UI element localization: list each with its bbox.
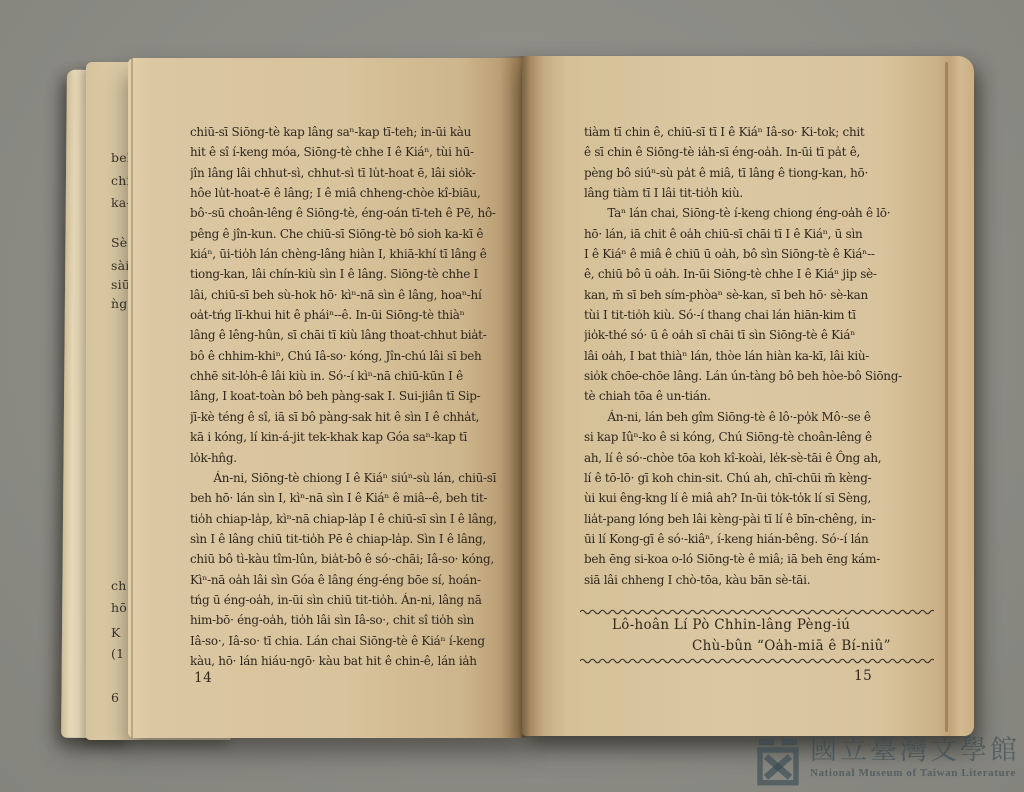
nmtl-seal-icon — [756, 738, 800, 786]
left-page-text: chiū-sī Siōng-tè kap lâng saⁿ-kap tī-teh… — [190, 122, 520, 671]
text-line: kā i kóng, lí kin-á-jit tek-khak kap Góa… — [190, 427, 520, 447]
text-line: bô ê chhim-khiⁿ, Chú Iâ-so· kóng, Jîn-ch… — [190, 346, 520, 366]
watermark-title-zh: 國立臺灣文學館 — [810, 736, 1020, 766]
text-line: si kap Iûⁿ-ko ê si kóng, Chú Siōng-tè ch… — [584, 427, 914, 447]
text-line: ùi kui êng-kng lí ê miâ ah? In-ūi to̍k-t… — [584, 488, 914, 508]
text-line: tńg ū éng-oa̍h, in-ūi sìn chiū tit-tio̍h… — [190, 590, 520, 610]
text-line: chiū bô tì-kàu tîm-lûn, bia̍t-bô ê só·-c… — [190, 549, 520, 569]
text-line: him-bō· éng-oa̍h, tio̍h lâi sìn Iâ-so·, … — [190, 610, 520, 630]
text-line: lo̍k-hn̂g. — [190, 448, 520, 468]
text-line: lí ê tō-lō· gī koh chin-sit. Chú ah, chī… — [584, 468, 914, 488]
text-line: kan, m̄ sī beh sím-phòaⁿ sè-kan, sī beh … — [584, 285, 914, 305]
text-line: ê sī chin ê Siōng-tè ia̍h-sī éng-oa̍h. I… — [584, 142, 914, 162]
wavy-rule-bottom — [580, 657, 934, 664]
right-page-number: 15 — [854, 668, 872, 684]
text-line: chhē sit-lo̍h-ê lâi kiù in. Só·-í kìⁿ-nā… — [190, 366, 520, 386]
text-line: kiáⁿ, ūi-tio̍h lán chèng-lâng hiàn I, kh… — [190, 244, 520, 264]
text-line: lâng ê lêng-hûn, sī chāi tī kiù lâng tho… — [190, 325, 520, 345]
text-line: tiàm tī chin ê, chiū-sī tī I ê Kiáⁿ Iâ-s… — [584, 122, 914, 142]
text-line: beh ēng si-koa o-ló Siōng-tè ê miâ; iā b… — [584, 549, 914, 569]
text-line: bô·-sū choân-lêng ê Siōng-tè, éng-oán tī… — [190, 203, 520, 223]
text-line: lâng, I koat-toàn bô beh pàng-sak I. Sui… — [190, 386, 520, 406]
clipped-text-fragment: Sè — [111, 235, 127, 250]
text-line: lia̍t-pang lóng beh lâi kèng-pài tī lí ê… — [584, 509, 914, 529]
clipped-text-fragment: ch — [111, 578, 126, 593]
clipped-text-fragment: (1 — [111, 646, 124, 661]
text-line: lâng tiàm tī I lâi tit-tio̍h kiù. — [584, 183, 914, 203]
text-line: Án-ni, lán beh gîm Siōng-tè ê lô·-po̍k M… — [584, 407, 914, 427]
text-line: oa̍t-tńg lī-khui hit ê pháiⁿ--ê. In-ūi S… — [190, 305, 520, 325]
text-line: tè chiah tōa ê un-tián. — [584, 386, 914, 406]
text-line: chiū-sī Siōng-tè kap lâng saⁿ-kap tī-teh… — [190, 122, 520, 142]
text-line: lâi, chiū-sī beh sù-hok hō· kìⁿ-nā sìn ê… — [190, 285, 520, 305]
watermark-text: 國立臺灣文學館 National Museum of Taiwan Litera… — [810, 736, 1020, 780]
text-line: lâi oa̍h, I bat thiàⁿ lán, thòe lán hiàn… — [584, 346, 914, 366]
text-line: ah, lí ê só·-chòe tōa koh kî-koài, le̍k-… — [584, 448, 914, 468]
clipped-text-fragment: K — [111, 625, 121, 640]
text-line: tùi I tit-tio̍h kiù. Só·-í thang chai lá… — [584, 305, 914, 325]
text-line: sio̍k chōe-chōe lâng. Lán ún-tàng bô beh… — [584, 366, 914, 386]
clipped-text-fragment: 6 — [111, 690, 119, 705]
text-line: jī-kè téng ê sî, iā sī bô pàng-sak hit ê… — [190, 407, 520, 427]
text-line: tio̍h chiap-la̍p, kìⁿ-nā chiap-la̍p I ê … — [190, 509, 520, 529]
text-line: tiong-kan, lâi chín-kiù sìn I ê lâng. Si… — [190, 264, 520, 284]
text-line: jio̍k-thé só· ū ê oa̍h sī chāi tī sìn Si… — [584, 325, 914, 345]
text-line: siā lâi chheng I chò-tōa, kàu bān sè-tāi… — [584, 570, 914, 590]
text-line: hôe lu̍t-hoat-ē ê lâng; I ê miâ chheng-c… — [190, 183, 520, 203]
text-line: kàu, hō· lán hiáu-ngō· kàu bat hit ê chi… — [190, 651, 520, 671]
advert-notice-box: Lô-hoân Lí Pò Chhin-lâng Pèng-iú Chù-bûn… — [580, 608, 934, 664]
clipped-text-fragment: hō — [111, 600, 127, 615]
right-page-text: tiàm tī chin ê, chiū-sī tī I ê Kiáⁿ Iâ-s… — [584, 122, 914, 590]
text-line: Taⁿ lán chai, Siōng-tè í-keng chiong éng… — [584, 203, 914, 223]
clipped-text-fragment: sài — [111, 258, 129, 273]
text-line: ê, chiū bô ū oa̍h. In-ūi Siōng-tè chhe I… — [584, 264, 914, 284]
left-page-number: 14 — [194, 670, 212, 686]
text-line: hō· lán, iā chit ê oa̍h chiū-sī chāi tī … — [584, 224, 914, 244]
advert-line: Chù-bûn “Oa̍h-miā ê Bí-niû” — [580, 636, 934, 657]
clipped-text-fragment: ǹg — [111, 296, 127, 311]
watermark-title-en: National Museum of Taiwan Literature — [810, 766, 1020, 780]
text-line: Kìⁿ-nā oa̍h lâi sìn Góa ê lâng éng-éng b… — [190, 570, 520, 590]
book-left-page: chiū-sī Siōng-tè kap lâng saⁿ-kap tī-teh… — [128, 58, 522, 738]
text-line: Án-ni, Siōng-tè chiong I ê Kiáⁿ siúⁿ-sù … — [190, 468, 520, 488]
text-line: beh hō· lán sìn I, kìⁿ-nā sìn I ê Kiáⁿ ê… — [190, 488, 520, 508]
book-right-page: tiàm tī chin ê, chiū-sī tī I ê Kiáⁿ Iâ-s… — [522, 56, 974, 736]
advert-line: Lô-hoân Lí Pò Chhin-lâng Pèng-iú — [580, 615, 934, 636]
text-line: Iâ-so·, Iâ-so· tī chia. Lán chai Siōng-t… — [190, 631, 520, 651]
watermark: 國立臺灣文學館 National Museum of Taiwan Litera… — [756, 736, 1020, 786]
wavy-rule-top — [580, 608, 934, 615]
scanned-book-photo: behchika-SèsàisiūǹgchhōK(16 chiū-sī Siōn… — [0, 0, 1024, 792]
text-line: pèng bô siúⁿ-sù pa̍t ê miâ, tī lâng ê ti… — [584, 163, 914, 183]
text-line: sìn I ê lâng chiū tit-tio̍h Pē ê chiap-l… — [190, 529, 520, 549]
text-line: I ê Kiáⁿ ê miâ ê chiū ū oa̍h, bô sìn Siō… — [584, 244, 914, 264]
text-line: ūi lí Kong-gī ê só·-kiâⁿ, í-keng hián-bê… — [584, 529, 914, 549]
text-line: pêng ê jîn-kun. Che chiū-sī Siōng-tè bô … — [190, 224, 520, 244]
text-line: jîn lâng lâi chhut-sì, chhut-sì tī lu̍t-… — [190, 163, 520, 183]
text-line: hit ê sî í-keng móa, Siōng-tè chhe I ê K… — [190, 142, 520, 162]
